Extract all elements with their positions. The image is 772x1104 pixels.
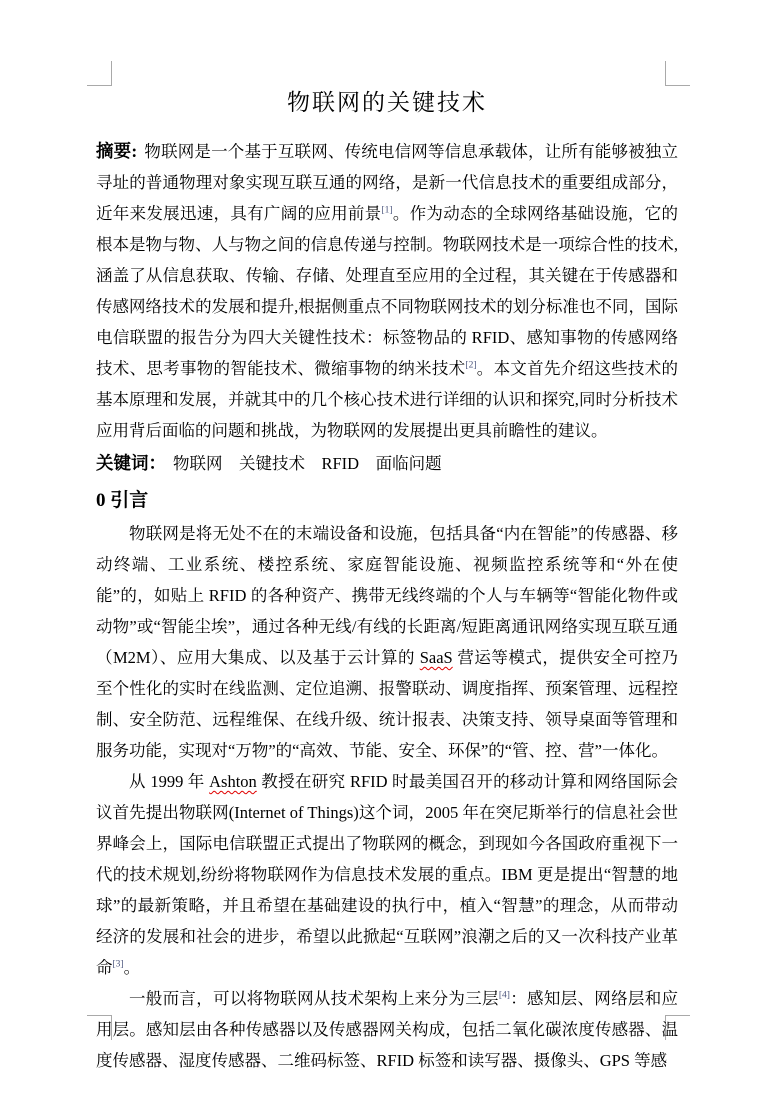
document-content: 物联网的关键技术 摘要:物联网是一个基于互联网、传统电信网等信息承载体，让所有能…: [96, 88, 678, 1076]
intro-paragraph-3: 一般而言，可以将物联网从技术架构上来分为三层[4]：感知层、网络层和应用层。感知…: [96, 983, 678, 1076]
keywords-label: 关键词：: [96, 453, 166, 473]
spellcheck-word-saas: SaaS: [420, 648, 453, 667]
footnote-ref-1: [1]: [381, 206, 392, 216]
intro-p2-text-2: 教授在研究 RFID 时最美国召开的移动计算和网络国际会议首先提出物联网(Int…: [96, 772, 678, 977]
footnote-ref-2: [2]: [465, 361, 476, 371]
intro-p1-text-1: 物联网是将无处不在的末端设备和设施，包括具备“内在智能”的传感器、移动终端、工业…: [96, 524, 678, 667]
margin-crop-mark-top-left: [87, 61, 112, 86]
keywords-line: 关键词：物联网 关键技术 RFID 面临问题: [96, 448, 678, 479]
section-heading-intro: 0 引言: [96, 486, 678, 516]
abstract-label: 摘要:: [96, 141, 137, 161]
intro-p2-text-3: 。: [124, 958, 141, 977]
intro-paragraph-2: 从 1999 年 Ashton 教授在研究 RFID 时最美国召开的移动计算和网…: [96, 766, 678, 983]
intro-paragraph-1: 物联网是将无处不在的末端设备和设施，包括具备“内在智能”的传感器、移动终端、工业…: [96, 518, 678, 766]
abstract-paragraph: 摘要:物联网是一个基于互联网、传统电信网等信息承载体，让所有能够被独立寻址的普通…: [96, 136, 678, 446]
doc-title: 物联网的关键技术: [96, 88, 678, 118]
intro-p2-text-1: 从 1999 年: [129, 772, 209, 791]
margin-crop-mark-top-right: [665, 61, 690, 86]
spellcheck-word-ashton: Ashton: [209, 772, 257, 791]
document-page: 物联网的关键技术 摘要:物联网是一个基于互联网、传统电信网等信息承载体，让所有能…: [0, 0, 772, 1104]
footnote-ref-3: [3]: [113, 960, 124, 970]
keywords-value: 物联网 关键技术 RFID 面临问题: [173, 454, 442, 473]
abstract-text-2: 。作为动态的全球网络基础设施，它的根本是物与物、人与物之间的信息传递与控制。物联…: [96, 204, 678, 378]
intro-p3-text-1: 一般而言，可以将物联网从技术架构上来分为三层: [129, 989, 499, 1008]
footnote-ref-4: [4]: [499, 991, 510, 1001]
